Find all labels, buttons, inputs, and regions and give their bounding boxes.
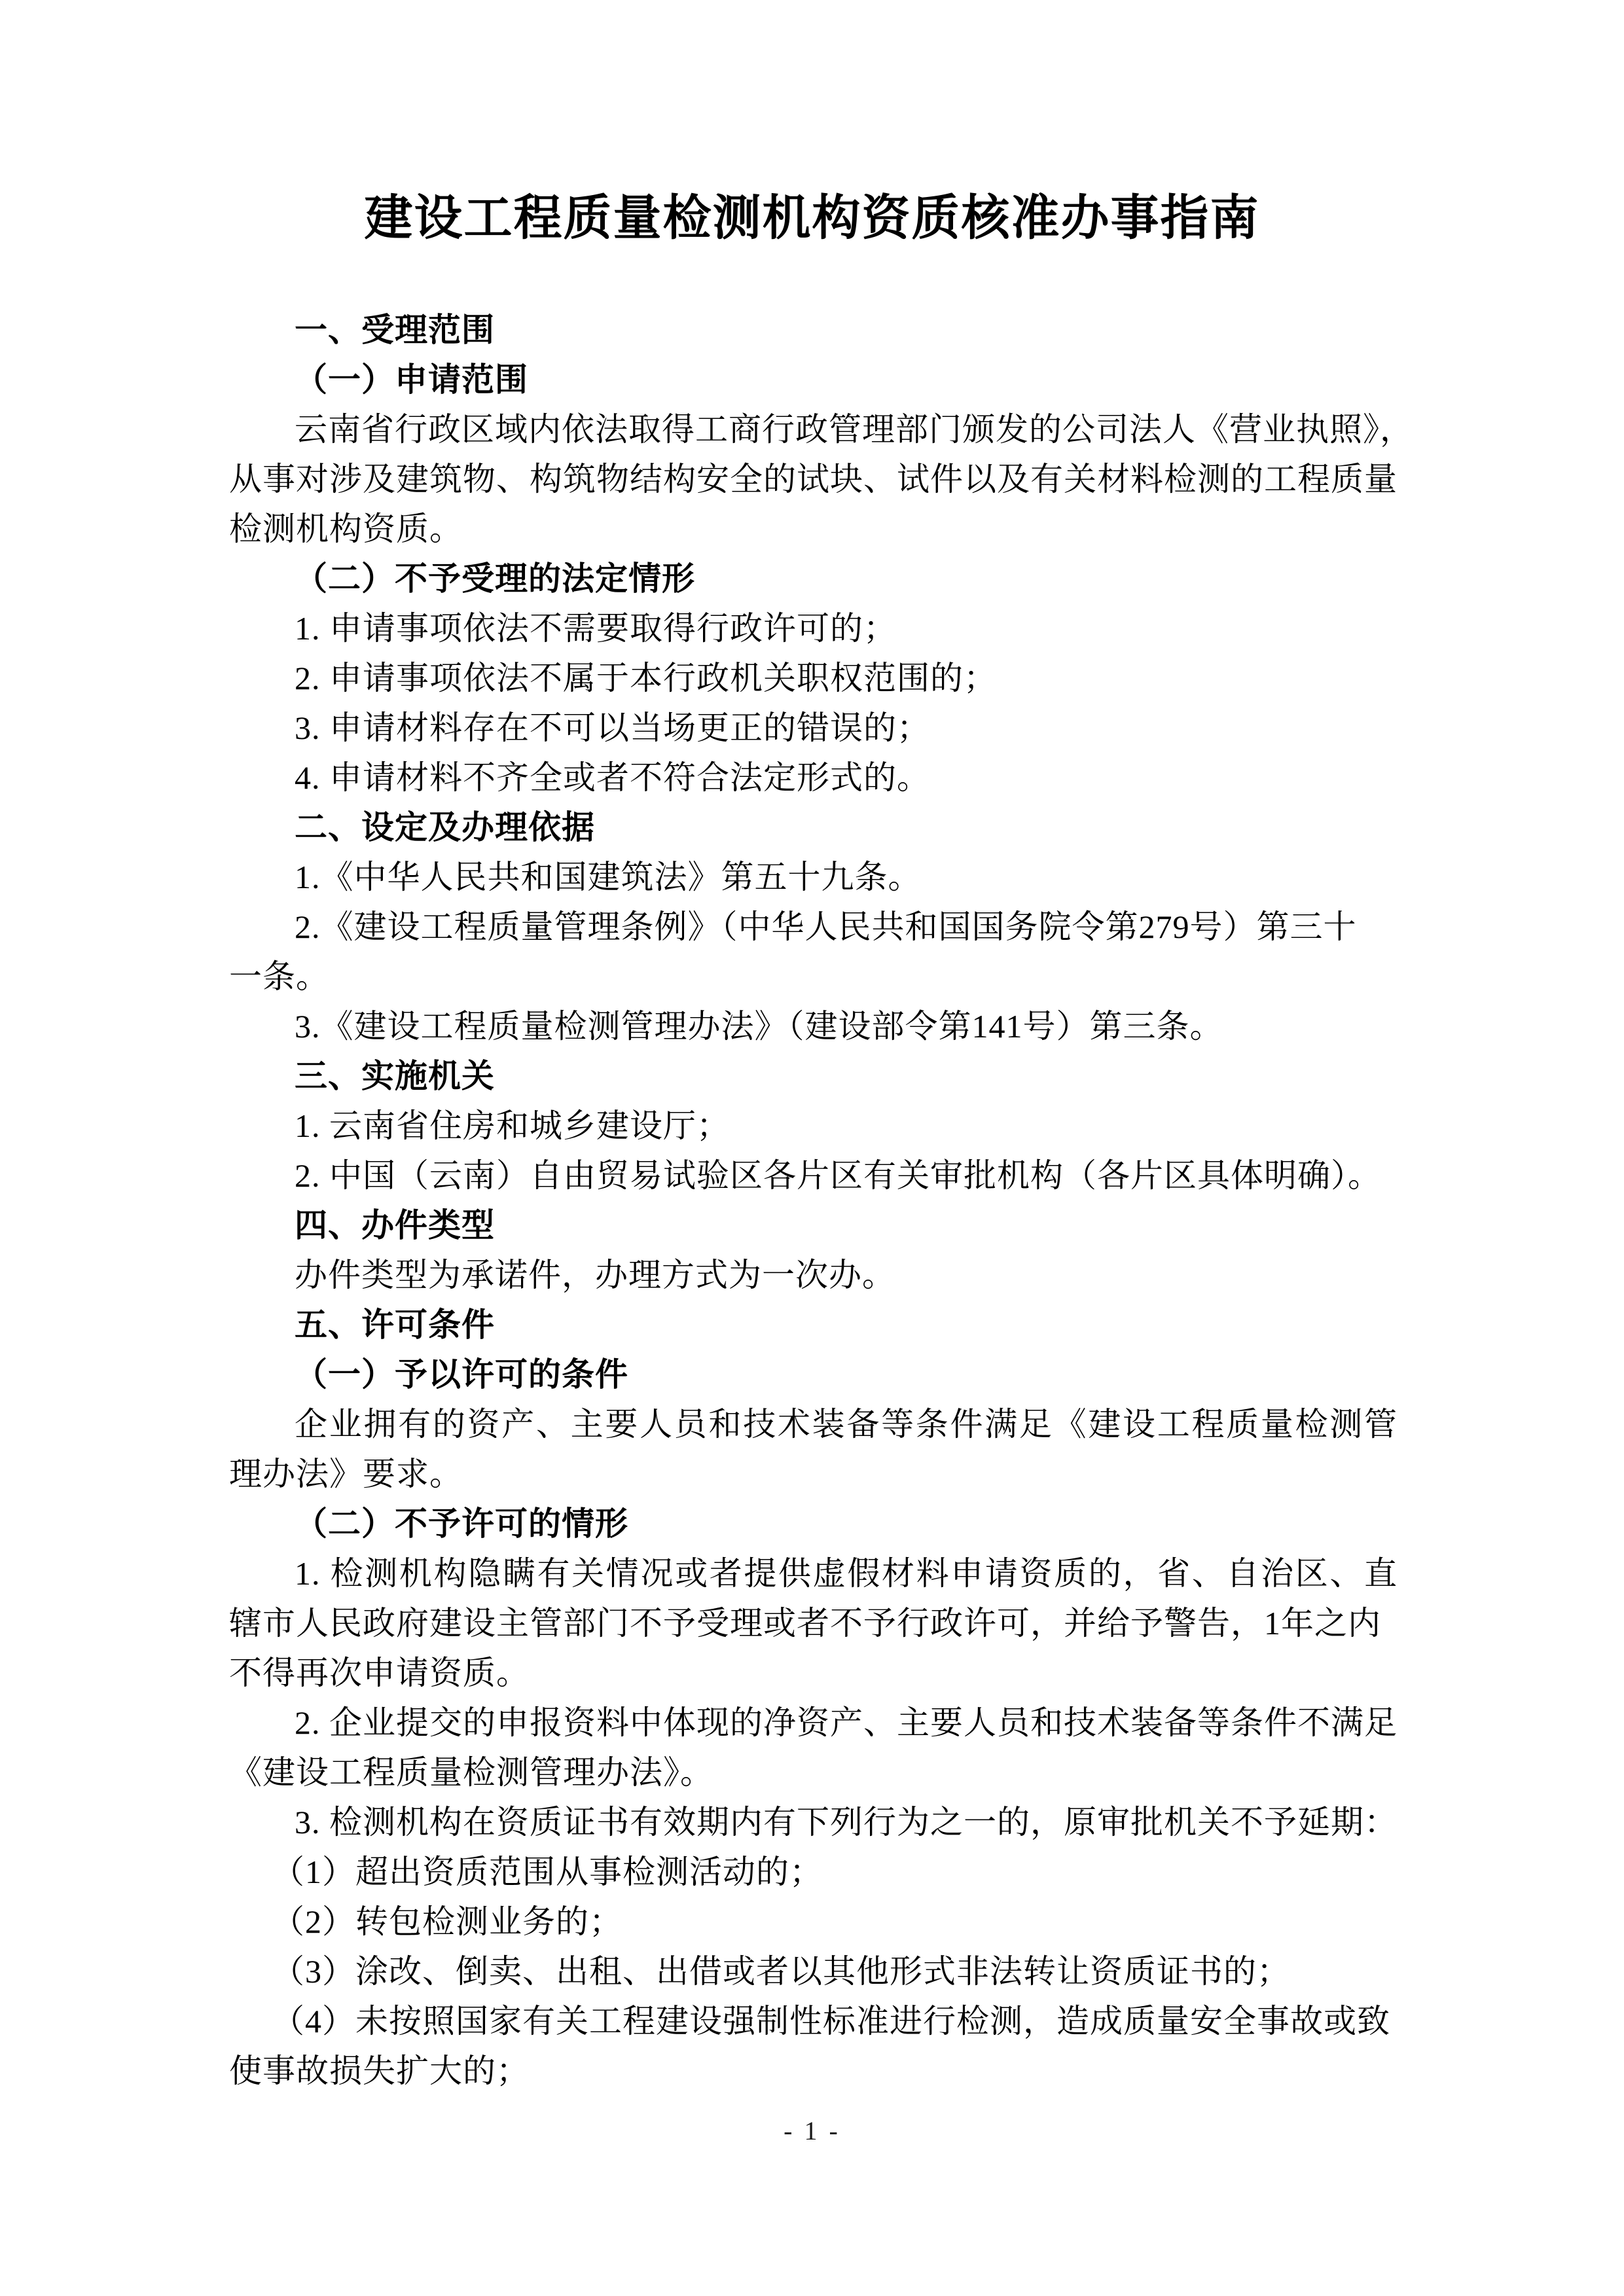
text-line: 不得再次申请资质。 xyxy=(229,1648,1398,1698)
document-body: 一、受理范围（一）申请范围云南省行政区域内依法取得工商行政管理部门颁发的公司法人… xyxy=(229,305,1398,2096)
text-line: 办件类型为承诺件，办理方式为一次办。 xyxy=(229,1250,1398,1300)
text-line: 一条。 xyxy=(229,952,1398,1001)
text-line: 从事对涉及建筑物、构筑物结构安全的试块、试件以及有关材料检测的工程质量 xyxy=(229,454,1398,504)
section-heading: 四、办件类型 xyxy=(229,1200,1398,1250)
text-line: 2. 中国（云南）自由贸易试验区各片区有关审批机构（各片区具体明确）。 xyxy=(229,1151,1398,1200)
text-line: 检测机构资质。 xyxy=(229,504,1398,554)
section-heading: 三、实施机关 xyxy=(229,1051,1398,1101)
text-line: 企业拥有的资产、主要人员和技术装备等条件满足《建设工程质量检测管 xyxy=(229,1399,1398,1449)
text-line: （4）未按照国家有关工程建设强制性标准进行检测，造成质量安全事故或致 xyxy=(229,1996,1398,2046)
text-line: 1. 检测机构隐瞒有关情况或者提供虚假材料申请资质的，省、自治区、直 xyxy=(229,1549,1398,1598)
section-heading: （一）申请范围 xyxy=(229,355,1398,404)
text-line: 3.《建设工程质量检测管理办法》（建设部令第141号）第三条。 xyxy=(229,1001,1398,1051)
document-page: 建设工程质量检测机构资质核准办事指南 一、受理范围（一）申请范围云南省行政区域内… xyxy=(0,0,1624,2296)
text-line: 2. 申请事项依法不属于本行政机关职权范围的； xyxy=(229,653,1398,703)
text-line: 3. 申请材料存在不可以当场更正的错误的； xyxy=(229,703,1398,753)
section-heading: 二、设定及办理依据 xyxy=(229,802,1398,852)
section-heading: （一）予以许可的条件 xyxy=(229,1350,1398,1399)
section-heading: （二）不予许可的情形 xyxy=(229,1499,1398,1549)
text-line: （1）超出资质范围从事检测活动的； xyxy=(229,1847,1398,1897)
text-line: 《建设工程质量检测管理办法》。 xyxy=(229,1748,1398,1797)
text-line: 理办法》要求。 xyxy=(229,1449,1398,1499)
text-line: 2. 企业提交的申报资料中体现的净资产、主要人员和技术装备等条件不满足 xyxy=(229,1698,1398,1748)
document-title: 建设工程质量检测机构资质核准办事指南 xyxy=(0,188,1624,247)
text-line: 3. 检测机构在资质证书有效期内有下列行为之一的，原审批机关不予延期： xyxy=(229,1797,1398,1847)
text-line: 1. 申请事项依法不需要取得行政许可的； xyxy=(229,603,1398,653)
text-line: 云南省行政区域内依法取得工商行政管理部门颁发的公司法人《营业执照》， xyxy=(229,404,1398,454)
text-line: 辖市人民政府建设主管部门不予受理或者不予行政许可，并给予警告，1年之内 xyxy=(229,1598,1398,1648)
section-heading: 五、许可条件 xyxy=(229,1300,1398,1350)
text-line: （3）涂改、倒卖、出租、出借或者以其他形式非法转让资质证书的； xyxy=(229,1946,1398,1996)
text-line: 1. 云南省住房和城乡建设厅； xyxy=(229,1101,1398,1151)
text-line: 2.《建设工程质量管理条例》（中华人民共和国国务院令第279号）第三十 xyxy=(229,902,1398,952)
section-heading: （二）不予受理的法定情形 xyxy=(229,554,1398,603)
text-line: 4. 申请材料不齐全或者不符合法定形式的。 xyxy=(229,753,1398,802)
text-line: 使事故损失扩大的； xyxy=(229,2046,1398,2096)
text-line: （2）转包检测业务的； xyxy=(229,1897,1398,1946)
section-heading: 一、受理范围 xyxy=(229,305,1398,355)
text-line: 1.《中华人民共和国建筑法》第五十九条。 xyxy=(229,852,1398,902)
page-number: - 1 - xyxy=(0,2115,1624,2147)
